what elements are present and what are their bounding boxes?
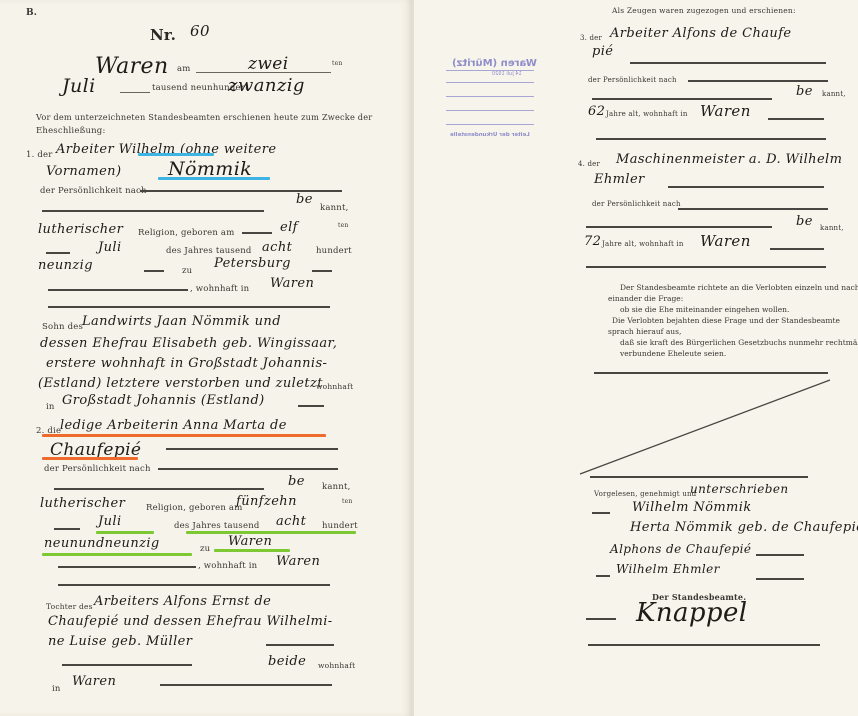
declaration-line-5: sprach hierauf aus, [608,326,681,337]
bride-birth-year: neunundneunzig [44,536,160,551]
place: Waren [95,54,169,79]
signature-witness4: Wilhelm Ehmler [616,562,720,576]
bride-religion: lutherischer [40,496,125,511]
declaration-line-3: ob sie die Ehe miteinander eingehen woll… [620,304,789,315]
groom-residence-label: , wohnhaft in [190,284,249,294]
read-label: Vorgelesen, genehmigt und [594,490,696,498]
bride-hundred-label: hundert [322,521,358,531]
bride-birthplace: Waren [228,534,272,549]
groom-parents-residence-label: wohnhaft [316,382,353,391]
groom-known-prefix: be [296,192,313,207]
witness3-known: be [796,84,813,99]
witness4-known: be [796,214,813,229]
bride-birth-day-suffix: ten [342,498,352,505]
form-letter: B. [26,8,37,18]
signature-witness3: Alphons de Chaufepié [610,542,751,556]
groom-parents-label: Sohn des [42,322,83,332]
stamp-title: Waren (Müritz) [452,58,537,69]
bride-residence: Waren [276,554,320,569]
witness3-line-2: pié [592,44,613,59]
declaration-line-6: daß sie kraft des Bürgerlichen Gesetzbuc… [620,337,858,348]
bride-birth-century: acht [276,514,306,529]
bride-parents-label: Tochter des [46,602,93,611]
signature-registrar: Knappel [636,598,747,628]
bride-identity-label: der Persönlichkeit nach [44,464,151,474]
bride-known-suffix: kannt, [322,482,351,492]
groom-birth-year: neunzig [38,258,93,273]
groom-parents-residence: Großstadt Johannis (Estland) [62,393,265,408]
day: zwei [248,54,289,74]
witness3-identity-label: der Persönlichkeit nach [588,76,677,84]
witness4-age-label: Jahre alt, wohnhaft in [602,240,684,248]
year: zwanzig [228,75,305,96]
groom-birth-century: acht [262,240,292,255]
left-page: B. Nr. 60 Waren am zwei ten Juli tausend… [0,0,412,716]
intro-line-1: Vor dem unterzeichneten Standesbeamten e… [36,112,372,122]
witness4-number: 4. der [578,160,600,168]
groom-parents-residence-prefix: in [46,402,55,412]
witness4-known-suffix: kannt, [820,224,844,232]
witness4-age: 72 [584,234,601,249]
declaration-line-4: Die Verlobten bejahten diese Frage und d… [612,315,840,326]
groom-parents-line-4: (Estland) letztere verstorben und zuletz… [38,376,323,391]
bride-parents-residence-in: in [52,684,61,694]
day-suffix: ten [332,60,342,67]
bride-parents-residence-prefix: beide [268,654,306,669]
groom-birthplace: Petersburg [214,256,291,271]
month: Juli [62,75,96,97]
witness3-age: 62 [588,104,605,119]
groom-birth-day-suffix: ten [338,222,348,229]
witness-heading: Als Zeugen waren zugezogen und erschiene… [612,6,796,15]
bride-residence-label: , wohnhaft in [198,561,257,571]
groom-residence: Waren [270,276,314,291]
bride-birth-day: fünfzehn [236,494,297,509]
groom-identity-label: der Persönlichkeit nach [40,186,147,196]
witness3-age-label: Jahre alt, wohnhaft in [606,110,688,118]
bride-year-label: des Jahres tausend [174,521,260,531]
signature-groom: Wilhelm Nömmik [632,500,752,515]
groom-parents-line-2: dessen Ehefrau Elisabeth geb. Wingissaar… [40,336,337,351]
witness3-number: 3. der [580,34,602,42]
bride-religion-label: Religion, geboren am [146,503,242,513]
entry-number: 60 [190,22,210,40]
witness4-residence: Waren [700,232,751,250]
witness3-line-1: Arbeiter Alfons de Chaufe [610,26,792,41]
groom-name-line-2: Vornamen) [46,164,121,179]
declaration-line-7: verbundene Eheleute seien. [620,348,726,359]
stamp-date: 14 Juli 1920 [492,71,522,77]
strike-through-line [578,378,830,476]
groom-birthplace-label: zu [182,266,192,276]
groom-parents-line-3: erstere wohnhaft in Großstadt Johannis- [46,356,327,371]
declaration-line-2: einander die Frage: [608,293,683,304]
groom-known-suffix: kannt, [320,203,349,213]
entry-number-label: Nr. [150,26,176,44]
groom-year-label: des Jahres tausend [166,246,252,256]
bride-birthplace-label: zu [200,544,210,554]
witness4-identity-label: der Persönlichkeit nach [592,200,681,208]
bride-parents-line-2: Chaufepié und dessen Ehefrau Wilhelmi- [48,614,333,629]
groom-parents-line-1: Landwirts Jaan Nömmik und [82,314,281,329]
stamp-signature-label: Leiter der Urkundenstelle [450,132,530,138]
groom-religion: lutherischer [38,222,123,237]
bride-parents-residence: Waren [72,674,116,689]
groom-birth-month: Juli [98,240,122,255]
groom-hundred-label: hundert [316,246,352,256]
bride-parents-line-1: Arbeiters Alfons Ernst de [94,594,271,609]
am-label: am [177,64,191,74]
signature-bride: Herta Nömmik geb. de Chaufepié [630,520,858,535]
intro-line-2: Eheschließung: [36,126,106,136]
witness4-line-2: Ehmler [594,172,645,187]
read-value: unterschrieben [690,482,789,496]
declaration-line-1: Der Standesbeamte richtete an die Verlob… [620,282,858,293]
witness3-residence: Waren [700,102,751,120]
bride-birth-month: Juli [98,514,122,529]
bride-known-prefix: be [288,474,305,489]
groom-number: 1. der [26,150,53,160]
groom-birth-day: elf [280,220,298,235]
bride-parents-residence-label: wohnhaft [318,661,355,670]
registry-stamp: Waren (Müritz) 14 Juli 1920 Leiter der U… [442,58,538,148]
witness3-known-suffix: kannt, [822,90,846,98]
bride-name-line-1: ledige Arbeiterin Anna Marta de [60,418,287,433]
bride-parents-line-3: ne Luise geb. Müller [48,634,192,649]
groom-religion-label: Religion, geboren am [138,228,234,238]
witness4-line-1: Maschinenmeister a. D. Wilhelm [616,152,842,167]
